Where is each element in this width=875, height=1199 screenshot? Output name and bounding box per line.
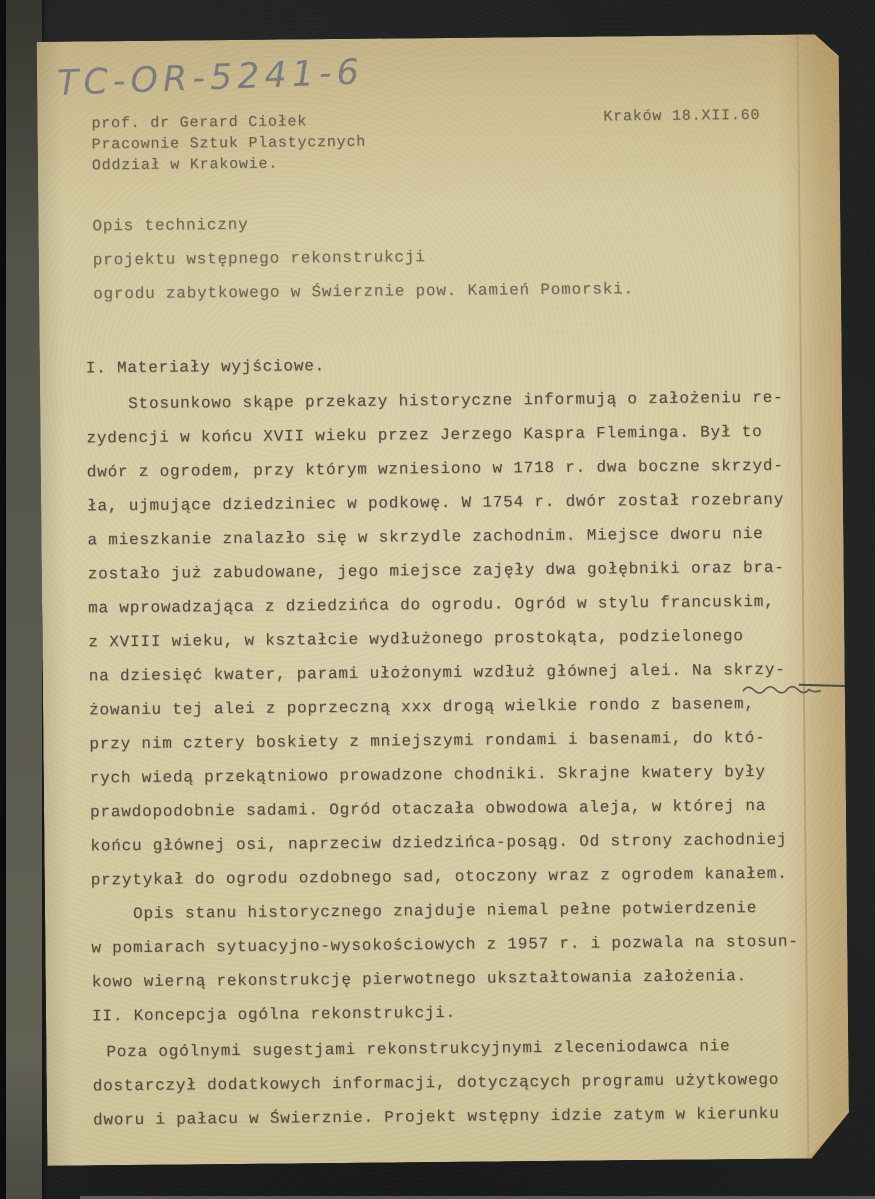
section-1-paragraph-1: Stosunkowo skąpe przekazy historyczne in… <box>86 381 795 898</box>
section-1-heading: I. Materiały wyjściowe. <box>86 345 790 386</box>
letterhead-institution: Pracownie Sztuk Plastycznych <box>92 132 367 156</box>
section-2-paragraph-1: Poza ogólnymi sugestjami rekonstrukcyjny… <box>92 1029 797 1138</box>
document-title: Opis techniczny projektu wstępnego rekon… <box>92 203 789 312</box>
book-cover-edge <box>6 0 42 1199</box>
text-line: kowo wierną rekonstrukcję pierwotnego uk… <box>91 959 795 1000</box>
document-page: TC-OR-5241-6 prof. dr Gerard Ciołek Prac… <box>37 34 850 1166</box>
document-body: Opis techniczny projektu wstępnego rekon… <box>84 203 797 1138</box>
letterhead-author: prof. dr Gerard Ciołek <box>91 111 366 135</box>
section-1-paragraph-2: Opis stanu historycznego znajduje niemal… <box>91 891 796 1000</box>
letterhead: prof. dr Gerard Ciołek Pracownie Sztuk P… <box>91 111 366 177</box>
section-2-heading: II. Koncepcja ogólna rekonstrukcji. <box>92 993 796 1034</box>
letterhead-branch: Oddział w Krakowie. <box>92 153 367 177</box>
archive-label: TC-OR-5241-6 <box>56 52 364 103</box>
title-line: ogrodu zabytkowego w Świerznie pow. Kami… <box>93 271 789 312</box>
dateline: Kraków 18.XII.60 <box>603 107 760 126</box>
page-fold-crease <box>797 35 810 1159</box>
text-line: dworu i pałacu w Świerznie. Projekt wstę… <box>93 1097 797 1138</box>
